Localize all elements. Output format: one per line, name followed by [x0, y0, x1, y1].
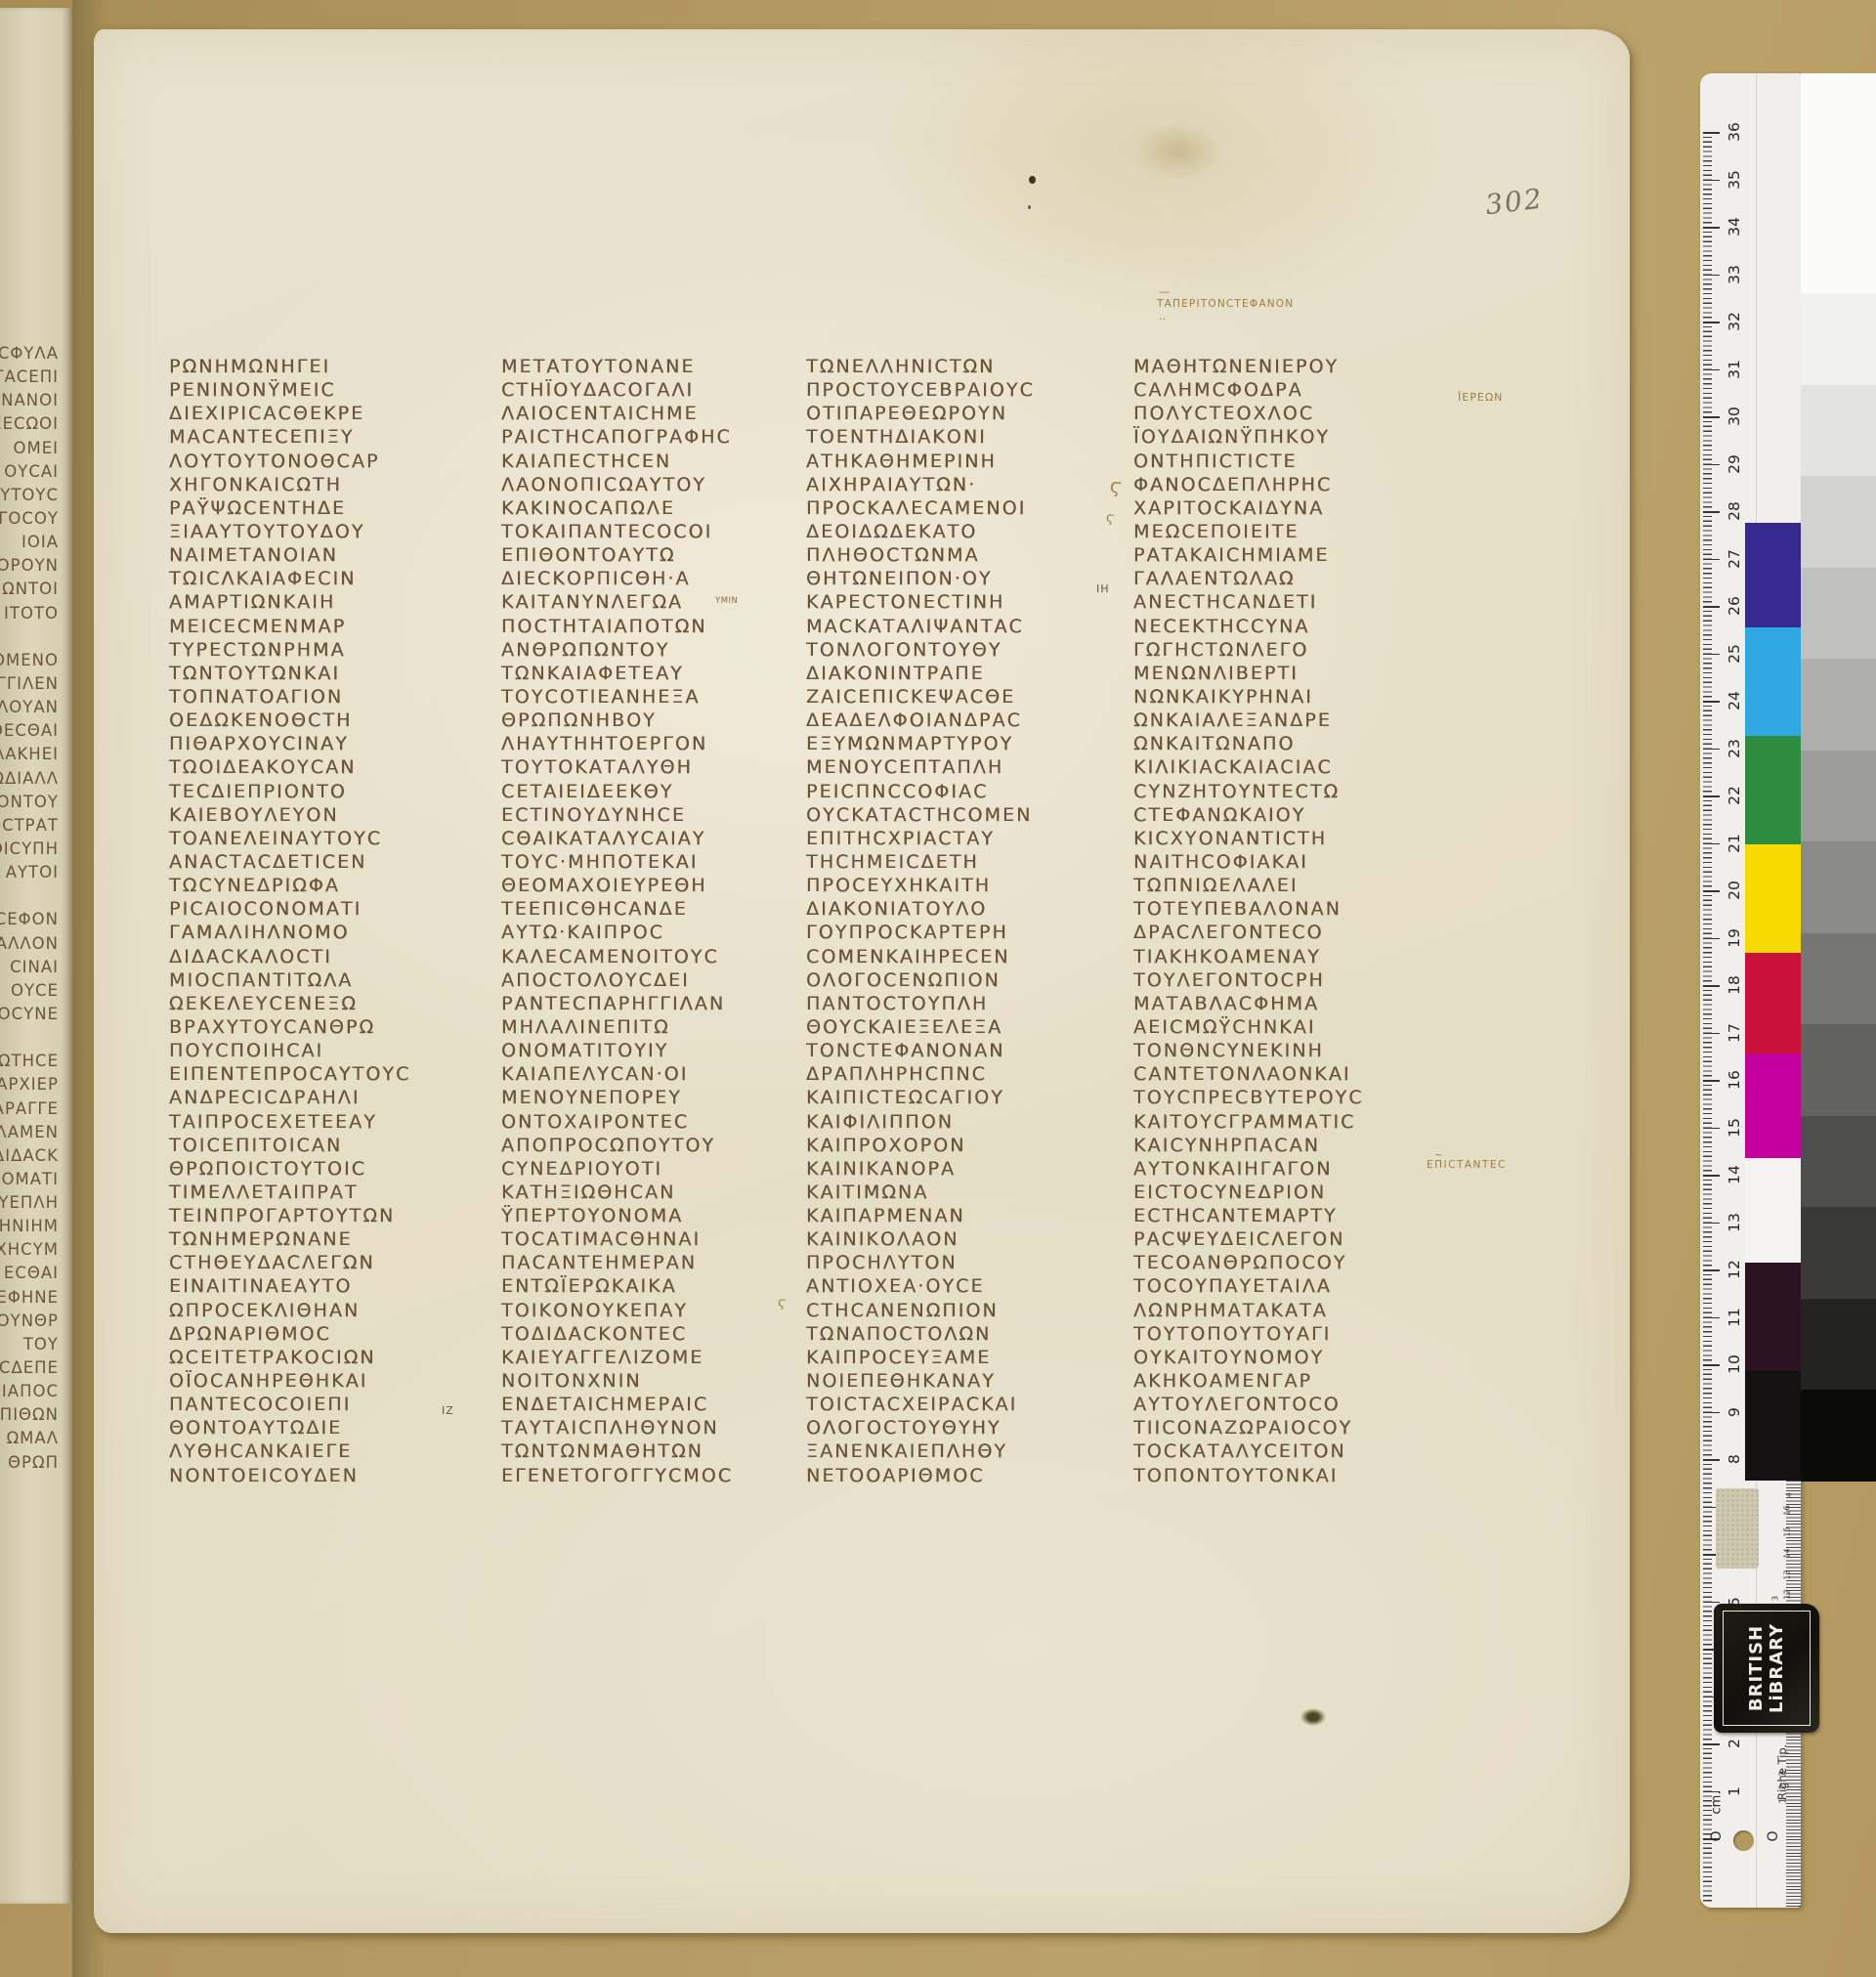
edge-fragment: ΠΙΛΟΥΑΝ — [0, 698, 64, 721]
text-line: ΤΟΝΘΝϹΥΝΕΚΙΝΗ — [1133, 1040, 1442, 1063]
ruler-cm-tick — [1703, 795, 1720, 797]
text-line: ΤΟΙΚΟΝΟΥΚΕΠΑΥ — [501, 1300, 810, 1323]
text-line: ΧΑΡΙΤΟϹΚΑΙΔΥΝΑ — [1133, 497, 1442, 521]
ruler-number: 34 — [1726, 210, 1743, 243]
paragraphos-mark: ϛ — [1108, 473, 1123, 497]
text-line: ΚΑΡΕϹΤΟΝΕϹΤΙΝΗ — [806, 591, 1115, 615]
ruler-number: 14 — [1726, 1158, 1743, 1191]
gray-step — [1801, 476, 1876, 568]
text-line: ΤΟϹΑΤΙΜΑϹΘΗΝΑΙ — [501, 1228, 810, 1252]
text-line: ΚΑΙΑΠΕΛΥϹΑΝ·ΟΙ — [501, 1063, 810, 1087]
tape-fragment — [1716, 1488, 1759, 1569]
text-line: ΝΟΝΤΟΕΙϹΟΥΔΕΝ — [169, 1465, 478, 1488]
edge-fragment: ΟΜΑΤΙ — [0, 1170, 64, 1193]
gray-step — [1801, 933, 1876, 1025]
edge-fragment: ΤΟΥ — [0, 1335, 64, 1358]
text-line: ΡΑΫΨΩϹΕΝΤΗΔΕ — [169, 497, 478, 521]
text-line: ΚΑΙΠΙϹΤΕΩϹΑΓΙΟΥ — [806, 1087, 1115, 1110]
text-line: ΤΩΝΗΜΕΡΩΝΑΝΕ — [169, 1228, 478, 1252]
text-line: ΕΙϹΤΟϹΥΝΕΔΡΙΟΝ — [1133, 1182, 1442, 1205]
text-line: ΡΩΝΗΜΩΝΗΓΕΙ — [169, 356, 478, 379]
text-line: ΤΟΥϹΠΡΕϹΒΥΤΕΡΟΥϹ — [1133, 1087, 1442, 1110]
ruler-number: 32 — [1726, 305, 1743, 338]
ruler-cm-tick — [1703, 1317, 1720, 1319]
ruler-cm-tick — [1703, 369, 1720, 371]
text-line: ΜΑϹΚΑΤΑΛΙΨΑΝΤΑϹ — [806, 616, 1115, 639]
text-line: ΤΩΝΕΛΛΗΝΙϹΤΩΝ — [806, 356, 1115, 379]
text-line: ϹΤΗΘΕΥΔΑϹΛΕΓΩΝ — [169, 1252, 478, 1275]
text-line: ΓΑΛΑΕΝΤΩΛΑΩ — [1133, 568, 1442, 591]
text-line: ΚΑΙϹΥΝΗΡΠΑϹΑΝ — [1133, 1135, 1442, 1158]
text-line: ΕΝΔΕΤΑΙϹΗΜΕΡΑΙϹ — [501, 1394, 810, 1417]
text-line: ϹΑΝΤΕΤΟΝΛΑΟΝΚΑΙ — [1133, 1063, 1442, 1087]
ruler-number: 27 — [1726, 542, 1743, 576]
text-line: ΤΗϹΗΜΕΙϹΔΕΤΗ — [806, 851, 1115, 875]
text-line: ΜΙΟϹΠΑΝΤΙΤΩΛΑ — [169, 969, 478, 993]
text-line: ΑΥΤΟΥΛΕΓΟΝΤΟϹΟ — [1133, 1394, 1442, 1417]
gray-step — [1801, 73, 1876, 293]
ruler-number: 24 — [1726, 684, 1743, 717]
text-line: ΑΚΗΚΟΑΜΕΝΓΑΡ — [1133, 1370, 1442, 1394]
ruler-cm-tick — [1703, 132, 1720, 134]
text-line: ΑΜΑΡΤΙΩΝΚΑΙΗ — [169, 591, 478, 615]
text-line: ΛΩΝΡΗΜΑΤΑΚΑΤΑ — [1133, 1300, 1442, 1323]
text-line: ΔΡΩΝΑΡΙΘΜΟϹ — [169, 1323, 478, 1347]
ruler-cm-tick — [1703, 1743, 1720, 1745]
gray-step — [1801, 1390, 1876, 1482]
manuscript-page: 302 — ΤΑΠΕΡΙΤΟΝϹΤΕΦΑΝΟΝ ‥ ΡΩΝΗΜΩΝΗΓΕΙΡΕΝ… — [94, 29, 1630, 1933]
text-line: ΔΙΔΑϹΚΑΛΟϹΤΙ — [169, 946, 478, 969]
text-line: ΝΟΙΤΟΝΧΝΙΝ — [501, 1370, 810, 1394]
text-line: ΚΑΙΠΑΡΜΕΝΑΝ — [806, 1205, 1115, 1228]
ruler-number: 33 — [1726, 258, 1743, 291]
text-line: ΤΩΙϹΛΚΑΙΑΦΕϹΙΝ — [169, 568, 478, 591]
text-line: ΤΩΝΚΑΙΑΦΕΤΕΑΥ — [501, 663, 810, 686]
text-line: ΚΑΙΕΥΑΓΓΕΛΙΖΟΜΕ — [501, 1347, 810, 1370]
ruler-number: 20 — [1726, 874, 1743, 907]
gray-step — [1801, 1024, 1876, 1116]
text-line: ΤΕϹΔΙΕΠΡΙΟΝΤΟ — [169, 781, 478, 804]
gray-step — [1801, 385, 1876, 477]
edge-fragment: ΝΠΙΘΩΝ — [0, 1405, 64, 1429]
ruler-cm-tick — [1703, 938, 1720, 940]
text-line: ΔΙΕΧΙΡΙϹΑϹΘΕΚΡΕ — [169, 403, 478, 426]
text-line: ϹΑΛΗΜϹΦΟΔΡΑ — [1133, 379, 1442, 403]
text-line: ΚΑΙΤΑΝΥΝΛΕΓΩΑ — [501, 591, 810, 615]
edge-fragment: ΕΙϹΔΕΠΕ — [0, 1358, 64, 1382]
color-patch — [1745, 1158, 1801, 1263]
edge-fragment: ϹΙΝΑΙ — [0, 958, 64, 981]
text-line: ΚΑΙΤΙΜΩΝΑ — [806, 1182, 1115, 1205]
text-line: ΜΕΙϹΕϹΜΕΝΜΑΡ — [169, 616, 478, 639]
text-line: ΟΝΤΟΧΑΙΡΟΝΤΕϹ — [501, 1111, 810, 1135]
text-line: ΝΕΤΟΟΑΡΙΘΜΟϹ — [806, 1465, 1115, 1488]
edge-fragment: ΕϹΘΑΙ — [0, 1264, 64, 1287]
text-line: ΤΕΙΝΠΡΟΓΑΡΤΟΥΤΩΝ — [169, 1205, 478, 1228]
text-line: ΤΟΙϹΤΑϹΧΕΙΡΑϹΚΑΙ — [806, 1394, 1115, 1417]
ruler-cm-tick — [1703, 416, 1720, 418]
grayscale-step-column — [1801, 73, 1876, 1482]
text-line: ΤΥΡΕϹΤΩΝΡΗΜΑ — [169, 639, 478, 663]
edge-fragment — [0, 886, 64, 910]
ruler-number: 31 — [1726, 353, 1743, 386]
text-column-2: ΜΕΤΑΤΟΥΤΟΝΑΝΕϹΤΗΪΟΥΔΑϹΟΓΑΛΙΛΑΙΟϹΕΝΤΑΙϹΗΜ… — [501, 356, 810, 1488]
text-line: ΟΛΟΓΟϹΤΟΥΘΥΗΥ — [806, 1417, 1115, 1440]
text-line: ΤΙΜΕΛΛΕΤΑΙΠΡΑΤ — [169, 1182, 478, 1205]
color-patch — [1745, 736, 1801, 844]
text-line: ΝΕϹΕΚΤΗϹϹΥΝΑ — [1133, 616, 1442, 639]
edge-fragment: ΟΥΝΘΡ — [0, 1311, 64, 1335]
secondary-ruler-number: 13 — [1783, 1569, 1792, 1582]
text-line: ΩΠΡΟϹΕΚΛΙΘΗΑΝ — [169, 1300, 478, 1323]
ruler-cm-tick — [1703, 843, 1720, 845]
ruler-cm-tick — [1703, 1459, 1720, 1461]
note-dots: ‥ — [1159, 310, 1294, 322]
edge-fragment: ΗΓΟϹΟΥ — [0, 509, 64, 533]
text-line: ΚΑΛΕϹΑΜΕΝΟΙΤΟΥϹ — [501, 946, 810, 969]
text-line: ΛΥΘΗϹΑΝΚΑΙΕΓΕ — [169, 1440, 478, 1464]
text-line: ΤΟΥΤΟΚΑΤΑΛΥΘΗ — [501, 756, 810, 780]
gray-step — [1801, 751, 1876, 842]
text-line: ΝΟΙΕΠΕΘΗΚΑΝΑΥ — [806, 1370, 1115, 1394]
color-patch — [1745, 844, 1801, 953]
text-line: ΤΕΕΠΙϹΘΗϹΑΝΔΕ — [501, 898, 810, 922]
text-line: ΡΕΙϹΠΝϹϹΟΦΙΑϹ — [806, 781, 1115, 804]
text-line: ΚΙΛΙΚΙΑϹΚΑΙΑϹΙΑϹ — [1133, 756, 1442, 780]
text-line: ΕΝΤΩΪΕΡΩΚΑΙΚΑ — [501, 1275, 810, 1299]
previous-folio-edge: ΟΥϹΦΥΛΑΟΤΑϹΕΠΙΩΝΑΝΟΙΕΕϹΩΟΙΟΜΕΙΟΥϹΑΙΟΥΤΟΥ… — [0, 8, 72, 1904]
ruler-cm-tick — [1703, 275, 1720, 277]
right-margin-note-iereon: ΪΕΡΕΩΝ — [1458, 391, 1503, 404]
ruler-number: 8 — [1726, 1442, 1743, 1476]
text-line: ΤΟΔΙΔΑϹΚΟΝΤΕϹ — [501, 1323, 810, 1347]
edge-fragment: ΟΥΤΟΥϹ — [0, 486, 64, 509]
text-line: ΑΥΤΟΝΚΑΙΗΓΑΓΟΝ — [1133, 1158, 1442, 1182]
text-line: ΟΝΤΗΠΙϹΤΙϹΤΕ — [1133, 451, 1442, 474]
ruler-number: 28 — [1726, 494, 1743, 528]
text-line: ΪΟΥΔΑΙΩΝΫΠΗΚΟΥ — [1133, 426, 1442, 450]
text-line: ΠΛΗΘΟϹΤΩΝΜΑ — [806, 544, 1115, 568]
text-line: ΠΟΛΥϹΤΕΟΧΛΟϹ — [1133, 403, 1442, 426]
text-line: ΠΑΝΤΕϹΟϹΟΙΕΠΙ — [169, 1394, 478, 1417]
text-line: ϹΤΗΪΟΥΔΑϹΟΓΑΛΙ — [501, 379, 810, 403]
text-line: ΘΗΤΩΝΕΙΠΟΝ·ΟΥ — [806, 568, 1115, 591]
text-line: ΘΡΩΠΩΝΗΒΟΥ — [501, 709, 810, 733]
gray-step — [1801, 1299, 1876, 1391]
text-line: ΛΑΙΟϹΕΝΤΑΙϹΗΜΕ — [501, 403, 810, 426]
color-patch-column — [1745, 523, 1801, 1481]
text-line: ΓΩΓΗϹΤΩΝΛΕΓΟ — [1133, 639, 1442, 663]
ruler-cm-tick — [1703, 890, 1720, 892]
text-line: ΑΠΟΠΡΟϹΩΠΟΥΤΟΥ — [501, 1135, 810, 1158]
gray-step — [1801, 1116, 1876, 1208]
text-line: ΠΑΝΤΟϹΤΟΥΠΛΗ — [806, 993, 1115, 1016]
text-line: ΚΑΙΕΒΟΥΛΕΥΟΝ — [169, 804, 478, 828]
manuscript-photo: ΟΥϹΦΥΛΑΟΤΑϹΕΠΙΩΝΑΝΟΙΕΕϹΩΟΙΟΜΕΙΟΥϹΑΙΟΥΤΟΥ… — [0, 0, 1876, 1977]
text-line: ΓΑΜΑΛΙΗΛΝΟΜΟ — [169, 922, 478, 945]
text-line: ΠΑϹΑΝΤΕΗΜΕΡΑΝ — [501, 1252, 810, 1275]
text-line: ΕϹΤΙΝΟΥΔΥΝΗϹΕ — [501, 804, 810, 828]
ruler-cm-tick — [1703, 1175, 1720, 1177]
ruler-number: 18 — [1726, 968, 1743, 1002]
edge-fragment: ΝΟϹΤΡΑΤ — [0, 816, 64, 839]
text-line: ΤΟΚΑΙΠΑΝΤΕϹΟϹΟΙ — [501, 521, 810, 544]
ruler-cm-tick — [1703, 606, 1720, 608]
edge-fragment: ΟΥϹΕ — [0, 981, 64, 1005]
text-line: ΔΡΑΠΛΗΡΗϹΠΝϹ — [806, 1063, 1115, 1087]
gray-step — [1801, 1207, 1876, 1299]
section-number-ih: ΙΗ — [1096, 582, 1110, 595]
text-line: ΤΩΠΝΙΩΕΛΑΛΕΙ — [1133, 875, 1442, 898]
text-line: ΑΝΤΙΟΧΕΑ·ΟΥϹΕ — [806, 1275, 1115, 1299]
text-line: ΤΟΑΝΕΛΕΙΝΑΥΤΟΥϹ — [169, 828, 478, 851]
edge-fragment: ΟΙΑΠΟϹ — [0, 1382, 64, 1405]
text-line: ΚΑΙΠΡΟΧΟΡΟΝ — [806, 1135, 1115, 1158]
edge-fragment: ΟΜΕΝΟ — [0, 651, 64, 674]
edge-fragment: ΙΟΡΟΥΝ — [0, 556, 64, 580]
text-line: ΤΙΙϹΟΝΑΖΩΡΑΙΟϹΟΥ — [1133, 1417, 1442, 1440]
text-line: ΚΑΙΝΙΚΑΝΟΡΑ — [806, 1158, 1115, 1182]
text-line: ΘΟΝΤΟΑΥΤΩΔΙΕ — [169, 1417, 478, 1440]
ruler-cm-tick — [1703, 985, 1720, 987]
note-text: ΤΑΠΕΡΙΤΟΝϹΤΕΦΑΝΟΝ — [1157, 298, 1294, 310]
ruler-cm-tick — [1703, 322, 1720, 323]
ruler-cm-tick — [1703, 1128, 1720, 1130]
ruler-number: 19 — [1726, 922, 1743, 955]
text-line: ΤΙΑΚΗΚΟΑΜΕΝΑΥ — [1133, 946, 1442, 969]
color-patch — [1745, 627, 1801, 736]
parchment-stain — [1300, 1708, 1326, 1726]
ruler-cm-tick — [1703, 1269, 1720, 1271]
ruler-cm-tick — [1703, 511, 1720, 513]
edge-fragment — [0, 1028, 64, 1052]
ruler-cm-tick — [1703, 1602, 1720, 1604]
edge-fragment: ΔΙΔΑϹΚ — [0, 1146, 64, 1170]
edge-fragment: ΕΘΕϹΘΑΙ — [0, 721, 64, 745]
text-column-1: ΡΩΝΗΜΩΝΗΓΕΙΡΕΝΙΝΟΝΫΜΕΙϹΔΙΕΧΙΡΙϹΑϹΘΕΚΡΕΜΑ… — [169, 356, 478, 1488]
text-line: ΠΡΟϹΤΟΥϹΕΒΡΑΙΟΥϹ — [806, 379, 1115, 403]
text-line: ΤΟΥΤΟΠΟΥΤΟΥΑΓΙ — [1133, 1323, 1442, 1347]
text-line: ΔΙΕϹΚΟΡΠΙϹΘΗ·Α — [501, 568, 810, 591]
british-library-label-frame: BRITISH LiBRARY — [1723, 1611, 1811, 1726]
righe-number: 2 — [1778, 1777, 1789, 1790]
edge-fragment: ΕΕϹΩΟΙ — [0, 414, 64, 438]
text-line: ΤΩΟΙΔΕΑΚΟΥϹΑΝ — [169, 756, 478, 780]
text-line: ΑΤΗΚΑΘΗΜΕΡΙΝΗ — [806, 451, 1115, 474]
text-line: ΤΩϹΥΝΕΔΡΙΩΦΑ — [169, 875, 478, 898]
library-label-line2: LiBRARY — [1767, 1623, 1787, 1713]
color-patch — [1745, 523, 1801, 627]
text-line: ϹΤΗϹΑΝΕΝΩΠΙΟΝ — [806, 1300, 1115, 1323]
text-line: ΡΙϹΑΙΟϹΟΝΟΜΑΤΙ — [169, 898, 478, 922]
text-line: ΝΑΙΤΗϹΟΦΙΑΚΑΙ — [1133, 851, 1442, 875]
text-line: ΛΟΥΤΟΥΤΟΝΟΘϹΑΡ — [169, 451, 478, 474]
text-line: ΛΗΑΥΤΗΗΤΟΕΡΓΟΝ — [501, 733, 810, 756]
text-line: ΔΡΑϹΛΕΓΟΝΤΕϹΟ — [1133, 922, 1442, 945]
text-line: ΡΑΙϹΤΗϹΑΠΟΓΡΑΦΗϹ — [501, 426, 810, 450]
ruler-cm-tick — [1703, 180, 1720, 182]
ruler-punch-hole — [1733, 1830, 1754, 1851]
edge-fragment: ΑΛΛΟΝ — [0, 934, 64, 958]
edge-fragment: ΤΗΝΙΗΜ — [0, 1217, 64, 1240]
edge-fragment: ΘΡΩΠ — [0, 1453, 64, 1477]
text-line: ϹΤΕΦΑΝΩΚΑΙΟΥ — [1133, 804, 1442, 828]
ruler-mm-ticks — [1703, 132, 1712, 1903]
text-line: ΟΛΟΓΟϹΕΝΩΠΙΟΝ — [806, 969, 1115, 993]
ruler-number: 29 — [1726, 448, 1743, 481]
righe-number: 3 — [1778, 1763, 1789, 1777]
text-line: ΤΟΕΝΤΗΔΙΑΚΟΝΙ — [806, 426, 1115, 450]
ruler-number: 22 — [1726, 779, 1743, 812]
text-line: ΤΟΥϹΟΤΙΕΑΝΗΕΞΑ — [501, 686, 810, 709]
text-line: ΡΑΝΤΕϹΠΑΡΗΓΓΙΛΑΝ — [501, 993, 810, 1016]
text-line: ΦΑΝΟϹΔΕΠΛΗΡΗϹ — [1133, 474, 1442, 497]
text-line: ϹΟΜΕΝΚΑΙΗΡΕϹΕΝ — [806, 946, 1115, 969]
edge-fragment: ΧΗϹΥΜ — [0, 1240, 64, 1264]
text-line: ΚΑΙΑΠΕϹΤΗϹΕΝ — [501, 451, 810, 474]
ruler-number: 23 — [1726, 732, 1743, 765]
text-line: ΒΡΑΧΥΤΟΥϹΑΝΘΡΩ — [169, 1016, 478, 1040]
text-line: ΤΕϹΟΑΝΘΡΩΠΟϹΟΥ — [1133, 1252, 1442, 1275]
text-line: ΔΕΟΙΔΩΔΕΚΑΤΟ — [806, 521, 1115, 544]
text-line: ΠΟϹΤΗΤΑΙΑΠΟΤΩΝ — [501, 616, 810, 639]
text-line: ΜΕΤΑΤΟΥΤΟΝΑΝΕ — [501, 356, 810, 379]
text-line: ΑΝΔΡΕϹΙϹΔΡΑΗΛΙ — [169, 1087, 478, 1110]
text-line: ΤΟΤΕΥΠΕΒΑΛΟΝΑΝ — [1133, 898, 1442, 922]
edge-fragment: ΩΤΗϹΕ — [0, 1052, 64, 1075]
text-line: ΜΗΛΑΛΙΝΕΠΙΤΩ — [501, 1016, 810, 1040]
ruler-number: 30 — [1726, 400, 1743, 433]
folio-number: 302 — [1483, 179, 1574, 222]
section-number-iz: ΙΖ — [442, 1404, 454, 1417]
text-line: ΛΑΟΝΟΠΙϹΩΑΥΤΟΥ — [501, 474, 810, 497]
library-label-line1: BRITISH — [1746, 1625, 1767, 1711]
edge-fragment: ΟΥϹΑΙ — [0, 462, 64, 486]
text-line: ΕΞΥΜΩΝΜΑΡΤΥΡΟΥ — [806, 733, 1115, 756]
note-dash: — — [1159, 285, 1294, 298]
ruler-number: 12 — [1726, 1253, 1743, 1286]
secondary-ruler-number: 15 — [1783, 1526, 1792, 1539]
edge-fragment: ΑΡΧΙΕΡ — [0, 1075, 64, 1098]
text-line: ΚΑΙΤΟΥϹΓΡΑΜΜΑΤΙϹ — [1133, 1111, 1442, 1135]
text-line: ΜΑϹΑΝΤΕϹΕΠΙΞΥ — [169, 426, 478, 450]
secondary-ruler-number: 14 — [1783, 1547, 1792, 1561]
ruler-cm-tick — [1703, 749, 1720, 751]
text-line: ΞΑΝΕΝΚΑΙΕΠΛΗΘΥ — [806, 1440, 1115, 1464]
gray-step — [1801, 568, 1876, 660]
ruler-cm-tick — [1703, 1223, 1720, 1225]
text-line: ΠΟΥϹΠΟΙΗϹΑΙ — [169, 1040, 478, 1063]
ruler-number: 16 — [1726, 1063, 1743, 1096]
text-line: ΜΕΩϹΕΠΟΙΕΙΤΕ — [1133, 521, 1442, 544]
calibration-ruler-card: 3635343332313029282726252423222120191817… — [1700, 73, 1801, 1908]
text-line: ΤΟΙϹΕΠΙΤΟΙϹΑΝ — [169, 1135, 478, 1158]
text-line: ΑΝΘΡΩΠΩΝΤΟΥ — [501, 639, 810, 663]
text-line: ΑΠΟϹΤΟΛΟΥϹΔΕΙ — [501, 969, 810, 993]
ruler-number: 21 — [1726, 827, 1743, 860]
text-line: ΚΑΙΦΙΛΙΠΠΟΝ — [806, 1111, 1115, 1135]
text-line: ΑΙΧΗΡΑΙΑΥΤΩΝ· — [806, 474, 1115, 497]
note-text: ΕΠΙϹΤΑΝΤΕϹ — [1427, 1159, 1507, 1171]
gray-step — [1801, 841, 1876, 933]
edge-fragment: ΩΝΑΝΟΙ — [0, 391, 64, 414]
text-line: ΠΡΟϹΗΛΥΤΟΝ — [806, 1252, 1115, 1275]
text-line: ΚΙϹΧΥΟΝΑΝΤΙϹΤΗ — [1133, 828, 1442, 851]
secondary-ruler-number: 4 — [1785, 1488, 1794, 1502]
text-line: ΔΕΑΔΕΛΦΟΙΑΝΔΡΑϹ — [806, 709, 1115, 733]
text-line: ΚΑΚΙΝΟϹΑΠΩΛΕ — [501, 497, 810, 521]
text-line: ϹΥΝΖΗΤΟΥΝΤΕϹΤΩ — [1133, 781, 1442, 804]
text-line: ΖΑΙϹΕΠΙϹΚΕΨΑϹΘΕ — [806, 686, 1115, 709]
text-line: ΤΟΠΝΑΤΟΑΓΙΟΝ — [169, 686, 478, 709]
edge-fragment: ΕΦΗΝΕ — [0, 1288, 64, 1311]
edge-fragment: ΟϹΥΝΕ — [0, 1005, 64, 1028]
text-line: ΘΕΟΜΑΧΟΙΕΥΡΕΘΗ — [501, 875, 810, 898]
text-line: ΠΡΟϹΚΑΛΕϹΑΜΕΝΟΙ — [806, 497, 1115, 521]
text-line: ΑΝΑϹΤΑϹΔΕΤΙϹΕΝ — [169, 851, 478, 875]
ruler-cm-tick — [1703, 701, 1720, 703]
text-column-4: ΜΑΘΗΤΩΝΕΝΙΕΡΟΥϹΑΛΗΜϹΦΟΔΡΑΠΟΛΥϹΤΕΟΧΛΟϹΪΟΥ… — [1133, 356, 1442, 1488]
text-line: ΕΓΕΝΕΤΟΓΟΓΓΥϹΜΟϹ — [501, 1465, 810, 1488]
text-line: ΞΙΑΑΥΤΟΥΤΟΥΔΟΥ — [169, 521, 478, 544]
ruler-cm-tick — [1703, 1412, 1720, 1414]
edge-fragment: ΛΑΟΝΤΟΥ — [0, 793, 64, 816]
text-line: ΤΟΝϹΤΕΦΑΝΟΝΑΝ — [806, 1040, 1115, 1063]
color-patch — [1745, 1053, 1801, 1158]
text-line: ΤΟΥΛΕΓΟΝΤΟϹΡΗ — [1133, 969, 1442, 993]
text-line: ϹΥΝΕΔΡΙΟΥΟΤΙ — [501, 1158, 810, 1182]
text-column-3: ΤΩΝΕΛΛΗΝΙϹΤΩΝΠΡΟϹΤΟΥϹΕΒΡΑΙΟΥϹΟΤΙΠΑΡΕΘΕΩΡ… — [806, 356, 1115, 1488]
edge-fragment: ΛΑΚΗΕΙ — [0, 745, 64, 768]
text-line: ΕΙΝΑΙΤΙΝΑΕΑΥΤΟ — [169, 1275, 478, 1299]
text-line: ΤΩΝΑΠΟϹΤΟΛΩΝ — [806, 1323, 1115, 1347]
secondary-ruler-number: 16 — [1783, 1504, 1792, 1518]
text-line: ΩΝΚΑΙΑΛΕΞΑΝΔΡΕ — [1133, 709, 1442, 733]
edge-fragment: ΙΤΟΤΟ — [0, 604, 64, 627]
righe-number: 1 — [1778, 1790, 1789, 1804]
edge-fragment: ΩΔΙΑΛΛ — [0, 769, 64, 793]
text-line: ΝΑΙΜΕΤΑΝΟΙΑΝ — [169, 544, 478, 568]
text-line: ΔΙΑΚΟΝΙΝΤΡΑΠΕ — [806, 663, 1115, 686]
edge-fragment: ΩΝΤΟΙ — [0, 580, 64, 603]
text-line: ΫΠΕΡΤΟΥΟΝΟΜΑ — [501, 1205, 810, 1228]
ruler-number: 1 — [1726, 1775, 1743, 1808]
edge-fragment: ΟΤΑϹΕΠΙ — [0, 367, 64, 391]
text-line: ΠΙΘΑΡΧΟΥϹΙΝΑΥ — [169, 733, 478, 756]
ruler-cm-tick — [1703, 559, 1720, 561]
edge-fragment: ΑΥΤΟΙ — [0, 863, 64, 886]
text-line: ΤΑΙΠΡΟϹΕΧΕΤΕΕΑΥ — [169, 1111, 478, 1135]
text-line: ΤΟϹΟΥΠΑΥΕΤΑΙΛΑ — [1133, 1275, 1442, 1299]
text-line: ΕϹΤΗϹΑΝΤΕΜΑΡΤΥ — [1133, 1205, 1442, 1228]
edge-fragment: ΑΡΑΓΓΕ — [0, 1099, 64, 1123]
color-patch — [1745, 953, 1801, 1053]
gray-step — [1801, 659, 1876, 751]
ruler-number: 25 — [1726, 637, 1743, 670]
ruler-cm-tick — [1703, 1080, 1720, 1082]
text-line: ΤΟΥϹ·ΜΗΠΟΤΕΚΑΙ — [501, 851, 810, 875]
gray-step — [1801, 293, 1876, 385]
color-patch — [1745, 1263, 1801, 1371]
interlinear-correction: ΥΜΙΝ — [715, 596, 738, 606]
right-margin-note-epistantes: ~ ΕΠΙϹΤΑΝΤΕϹ — [1427, 1153, 1507, 1171]
ruler-number: 36 — [1726, 115, 1743, 149]
color-patch — [1745, 1371, 1801, 1481]
text-line: ΤΟϹΚΑΤΑΛΥϹΕΙΤΟΝ — [1133, 1440, 1442, 1464]
edge-fragment — [0, 627, 64, 651]
ruler-cm-tick — [1703, 1364, 1720, 1366]
text-line: ΘΡΩΠΟΙϹΤΟΥΤΟΙϹ — [169, 1158, 478, 1182]
